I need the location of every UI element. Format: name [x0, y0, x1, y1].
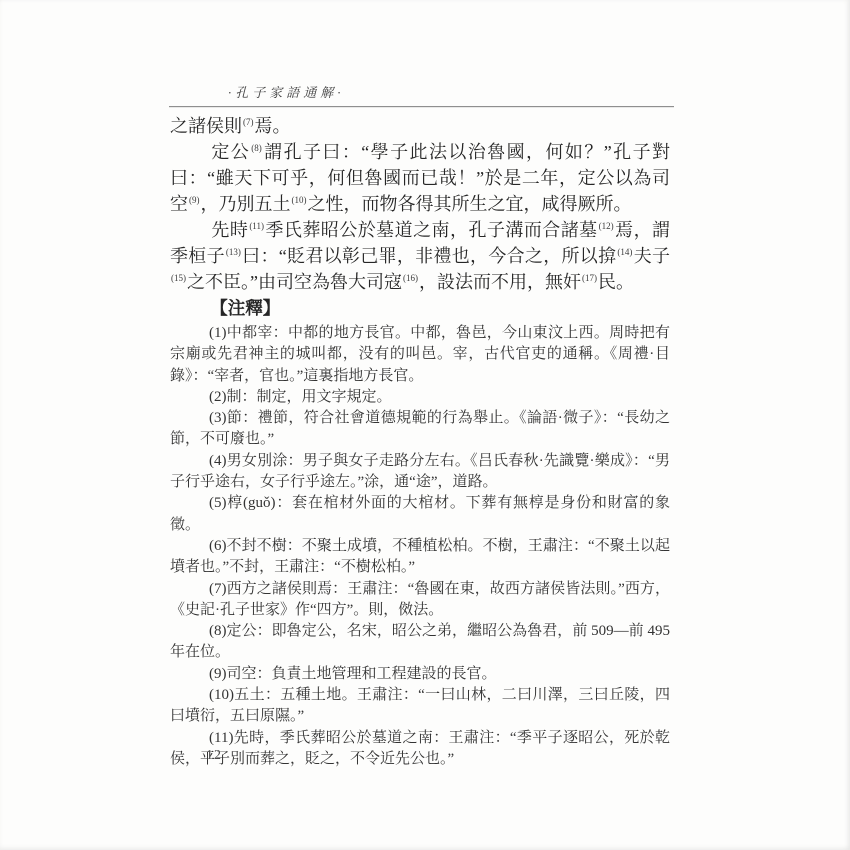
note-ref: (10)	[291, 195, 308, 205]
note-item: (9)司空：負責土地管理和工程建設的長官。	[170, 664, 670, 685]
note-ref: (7)	[242, 117, 255, 127]
book-page: ·孔子家語通解· 之諸侯則(7)焉。定公(8)謂孔子曰：“學子此法以治魯國，何如…	[0, 0, 850, 850]
note-item: (4)男女別涂：男子與女子走路分左右。《吕氏春秋·先識覽·樂成》：“男子行乎途右…	[170, 451, 670, 494]
note-ref: (9)	[188, 195, 201, 205]
note-item: (5)椁(guǒ)：套在棺材外面的大棺材。下葬有無椁是身份和財富的象徵。	[170, 493, 670, 536]
running-head: ·孔子家語通解·	[170, 82, 673, 102]
paragraph: 之諸侯則(7)焉。	[170, 113, 670, 139]
note-ref: (17)	[581, 273, 598, 283]
note-ref: (14)	[616, 247, 633, 257]
notes-heading: 【注釋】	[170, 295, 670, 321]
note-ref: (11)	[248, 221, 265, 231]
note-item: (6)不封不樹：不聚土成墳，不種植松柏。不樹，王肅注：“不聚土以起墳者也。”不封…	[170, 536, 670, 579]
note-ref: (13)	[225, 247, 242, 257]
header-rule	[169, 106, 674, 107]
note-ref: (12)	[598, 221, 615, 231]
note-item: (1)中都宰：中都的地方長官。中都，魯邑，今山東汶上西。周時把有宗廟或先君神主的…	[170, 323, 670, 387]
note-ref: (15)	[170, 273, 187, 283]
note-item: (3)節：禮節，符合社會道德規範的行為舉止。《論語·微子》：“長幼之節，不可廢也…	[170, 408, 670, 451]
note-item: (2)制：制定，用文字規定。	[170, 387, 670, 408]
note-item: (7)西方之諸侯則焉：王肅注：“魯國在東，故西方諸侯皆法則。”西方，《史記·孔子…	[170, 579, 670, 622]
paragraph: 先時(11)季氏葬昭公於墓道之南，孔子溝而合諸墓(12)焉，謂季桓子(13)曰：…	[170, 217, 670, 295]
running-head-title: ·孔子家語通解·	[228, 82, 345, 101]
note-item: (8)定公：即魯定公，名宋，昭公之弟，繼昭公為魯君，前 509—前 495 年在…	[170, 621, 670, 664]
note-ref: (16)	[402, 273, 419, 283]
notes-section: (1)中都宰：中都的地方長官。中都，魯邑，今山東汶上西。周時把有宗廟或先君神主的…	[170, 323, 670, 770]
page-number: 12	[206, 748, 222, 764]
note-ref: (8)	[250, 143, 263, 153]
main-text: 之諸侯則(7)焉。定公(8)謂孔子曰：“學子此法以治魯國，何如？”孔子對曰：“雖…	[170, 113, 670, 295]
note-item: (11)先時，季氏葬昭公於墓道之南：王肅注：“季平子逐昭公，死於乾侯，平子別而葬…	[170, 728, 670, 771]
paragraph: 定公(8)謂孔子曰：“學子此法以治魯國，何如？”孔子對曰：“雖天下可乎，何但魯國…	[170, 139, 670, 217]
note-item: (10)五土：五種土地。王肅注：“一曰山林，二曰川澤，三曰丘陵，四曰墳衍，五曰原…	[170, 685, 670, 728]
page-content: 之諸侯則(7)焉。定公(8)謂孔子曰：“學子此法以治魯國，何如？”孔子對曰：“雖…	[170, 113, 670, 770]
